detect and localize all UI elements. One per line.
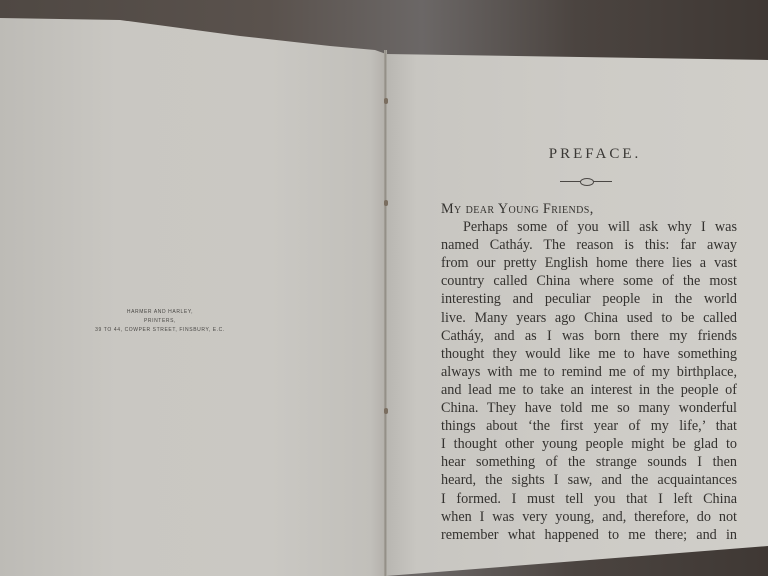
text-line: remember what happened to me there; and …	[441, 526, 737, 544]
text-line: live. Many years ago China used to be ca…	[441, 309, 737, 327]
salutation: My dear Young Friends,	[441, 200, 737, 218]
preface-body: My dear Young Friends, Perhaps some of y…	[441, 200, 737, 544]
imprint-line: PRINTERS,	[60, 317, 260, 326]
text-line: country called China where some of the m…	[441, 272, 737, 290]
imprint-line: HARMER AND HARLEY,	[60, 308, 260, 317]
text-line: things about ‘the first year of my life,…	[441, 417, 737, 435]
text-line: and lead me to take an interest in the p…	[441, 381, 737, 399]
text-line: I formed. I must tell you that I left Ch…	[441, 490, 737, 508]
book-gutter	[384, 50, 387, 576]
page-title: PREFACE.	[430, 146, 760, 163]
text-line: when I was very young, and, therefore, d…	[441, 508, 737, 526]
text-line: interesting and peculiar people in the w…	[441, 290, 737, 308]
text-line: China. They have told me so many wonderf…	[441, 399, 737, 417]
left-page	[0, 14, 386, 576]
text-line: heard, the sights I saw, and the acquain…	[441, 471, 737, 489]
text-line: from our pretty English home there lies …	[441, 254, 737, 272]
text-line: named Catháy. The reason is this: far aw…	[441, 236, 737, 254]
text-line: thought they would like me to have somet…	[441, 345, 737, 363]
text-line: Perhaps some of you will ask why I was	[441, 218, 737, 236]
binding-stitch	[384, 408, 388, 414]
printer-imprint: HARMER AND HARLEY, PRINTERS, 39 TO 44, C…	[60, 308, 260, 335]
text-line: I thought other young people might be gl…	[441, 435, 737, 453]
binding-stitch	[384, 200, 388, 206]
binding-stitch	[384, 98, 388, 104]
text-line: always with me to remind me of my birthp…	[441, 363, 737, 381]
ornament-rule-icon	[560, 180, 612, 183]
text-line: hear something of the strange sounds I t…	[441, 453, 737, 471]
imprint-line: 39 TO 44, COWPER STREET, FINSBURY, E.C.	[60, 326, 260, 335]
text-line: Catháy, and as I was born there my frien…	[441, 327, 737, 345]
